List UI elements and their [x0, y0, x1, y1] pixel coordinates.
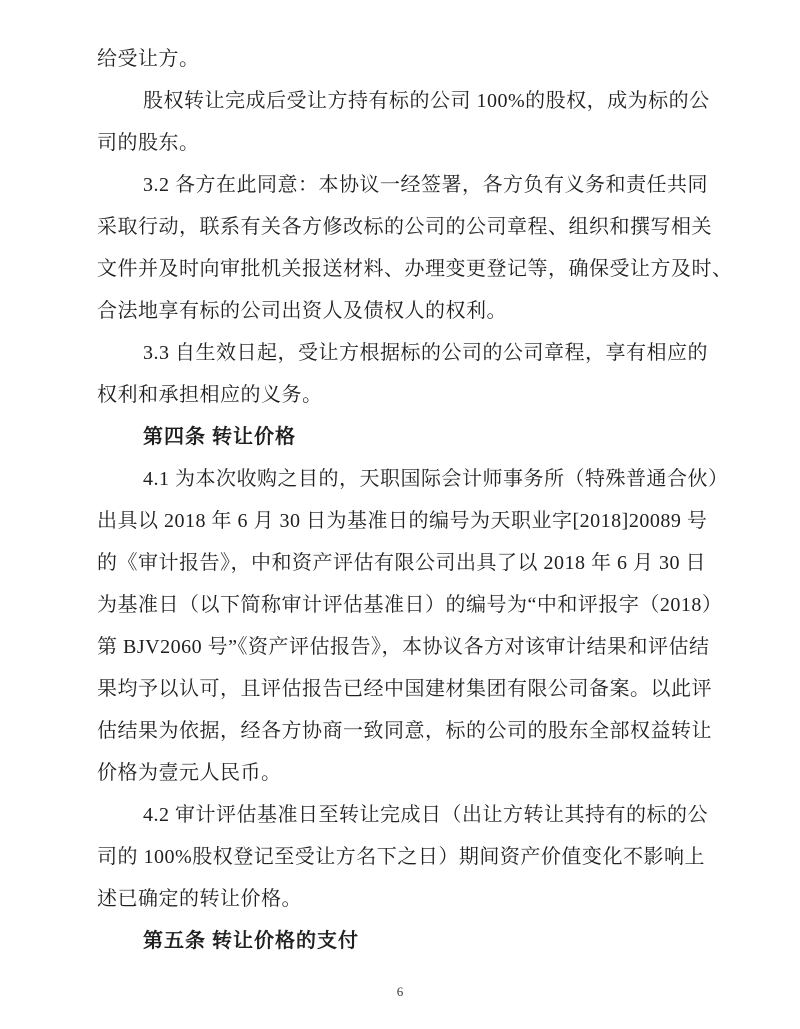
document-line: 估结果为依据，经各方协商一致同意，标的公司的股东全部权益转让 — [97, 710, 705, 752]
document-line: 文件并及时向审批机关报送材料、办理变更登记等，确保受让方及时、 — [97, 248, 705, 290]
document-line: 出具以 2018 年 6 月 30 日为基准日的编号为天职业字[2018]200… — [97, 500, 705, 542]
section-heading: 第四条 转让价格 — [97, 416, 705, 458]
document-line: 述已确定的转让价格。 — [97, 878, 705, 920]
document-line: 3.3 自生效日起，受让方根据标的公司的公司章程，享有相应的 — [97, 332, 705, 374]
document-line: 合法地享有标的公司出资人及债权人的权利。 — [97, 290, 705, 332]
document-line: 3.2 各方在此同意：本协议一经签署，各方负有义务和责任共同 — [97, 164, 705, 206]
page-number: 6 — [0, 984, 800, 1000]
document-line: 4.1 为本次收购之目的，天职国际会计师事务所（特殊普通合伙） — [97, 458, 705, 500]
document-line: 司的股东。 — [97, 122, 705, 164]
section-heading: 第五条 转让价格的支付 — [97, 920, 705, 962]
document-line: 司的 100%股权登记至受让方名下之日）期间资产价值变化不影响上 — [97, 836, 705, 878]
document-line: 采取行动，联系有关各方修改标的公司的公司章程、组织和撰写相关 — [97, 206, 705, 248]
document-line: 的《审计报告》，中和资产评估有限公司出具了以 2018 年 6 月 30 日 — [97, 542, 705, 584]
document-line: 第 BJV2060 号”《资产评估报告》，本协议各方对该审计结果和评估结 — [97, 626, 705, 668]
document-line: 价格为壹元人民币。 — [97, 752, 705, 794]
document-line: 股权转让完成后受让方持有标的公司 100%的股权，成为标的公 — [97, 80, 705, 122]
document-line: 为基准日（以下简称审计评估基准日）的编号为“中和评报字（2018） — [97, 584, 705, 626]
document-line: 给受让方。 — [97, 38, 705, 80]
document-line: 权利和承担相应的义务。 — [97, 374, 705, 416]
text-block: 给受让方。股权转让完成后受让方持有标的公司 100%的股权，成为标的公司的股东。… — [97, 38, 705, 962]
document-page: 给受让方。股权转让完成后受让方持有标的公司 100%的股权，成为标的公司的股东。… — [0, 0, 800, 1029]
document-line: 果均予以认可，且评估报告已经中国建材集团有限公司备案。以此评 — [97, 668, 705, 710]
document-line: 4.2 审计评估基准日至转让完成日（出让方转让其持有的标的公 — [97, 794, 705, 836]
